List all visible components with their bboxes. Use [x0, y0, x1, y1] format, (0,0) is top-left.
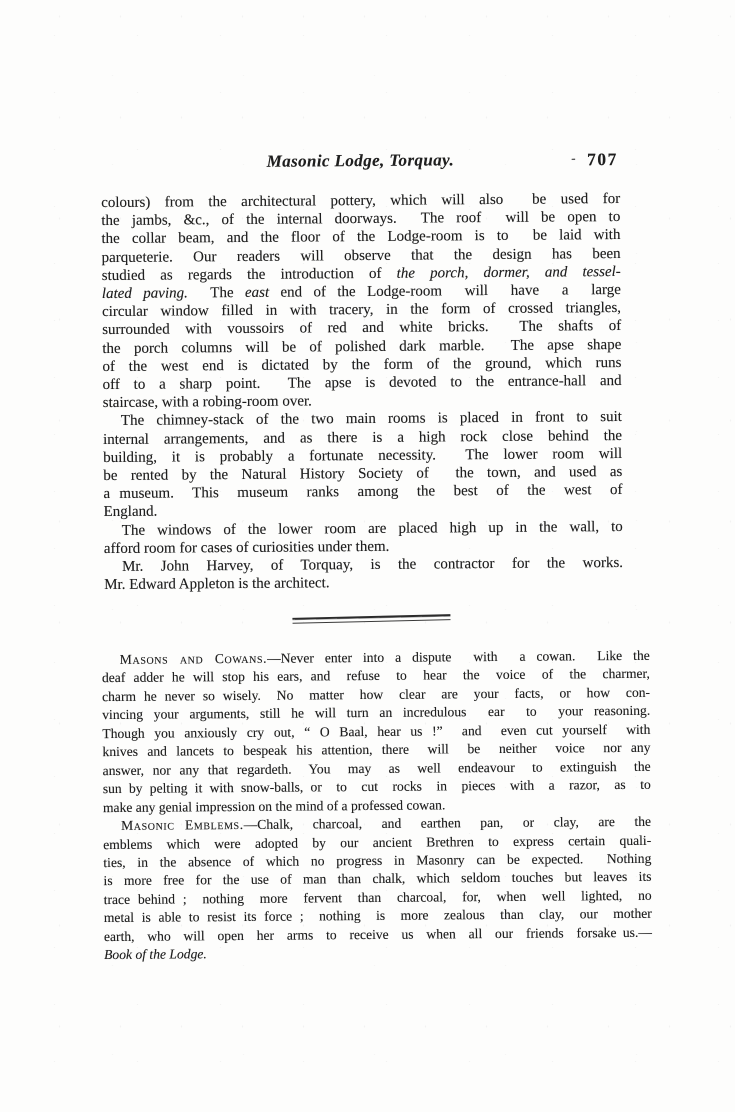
paragraph: The chimney-stack of the two main rooms … — [103, 408, 623, 521]
scan-content: Masonic Lodge, Torquay. -707 colours) fr… — [0, 0, 735, 1112]
section-divider — [292, 614, 450, 623]
article-body: colours) from the architectural pottery,… — [101, 190, 623, 595]
divider-rule-bottom — [293, 619, 451, 624]
text-line: Book of the Lodge. — [104, 942, 652, 965]
page-header: Masonic Lodge, Torquay. -707 — [101, 149, 620, 177]
paragraph: Masonic Emblems.—Chalk, charcoal, and ea… — [103, 813, 652, 965]
page-number: -707 — [571, 149, 618, 170]
scanned-page: Masonic Lodge, Torquay. -707 colours) fr… — [0, 0, 735, 1112]
text-line: Mr. Edward Appleton is the architect. — [104, 572, 623, 594]
paragraph: Mr. John Harvey, of Torquay, is the cont… — [104, 554, 623, 594]
paragraph: Masons and Cowans.—Never enter into a di… — [102, 647, 651, 817]
paragraph: The windows of the lower room are placed… — [104, 518, 623, 558]
running-title: Masonic Lodge, Torquay. — [101, 149, 620, 173]
page-number-dash: - — [571, 150, 577, 165]
page-number-value: 707 — [587, 149, 618, 169]
paragraph: colours) from the architectural pottery,… — [101, 190, 622, 413]
notes-body: Masons and Cowans.—Never enter into a di… — [102, 647, 652, 965]
